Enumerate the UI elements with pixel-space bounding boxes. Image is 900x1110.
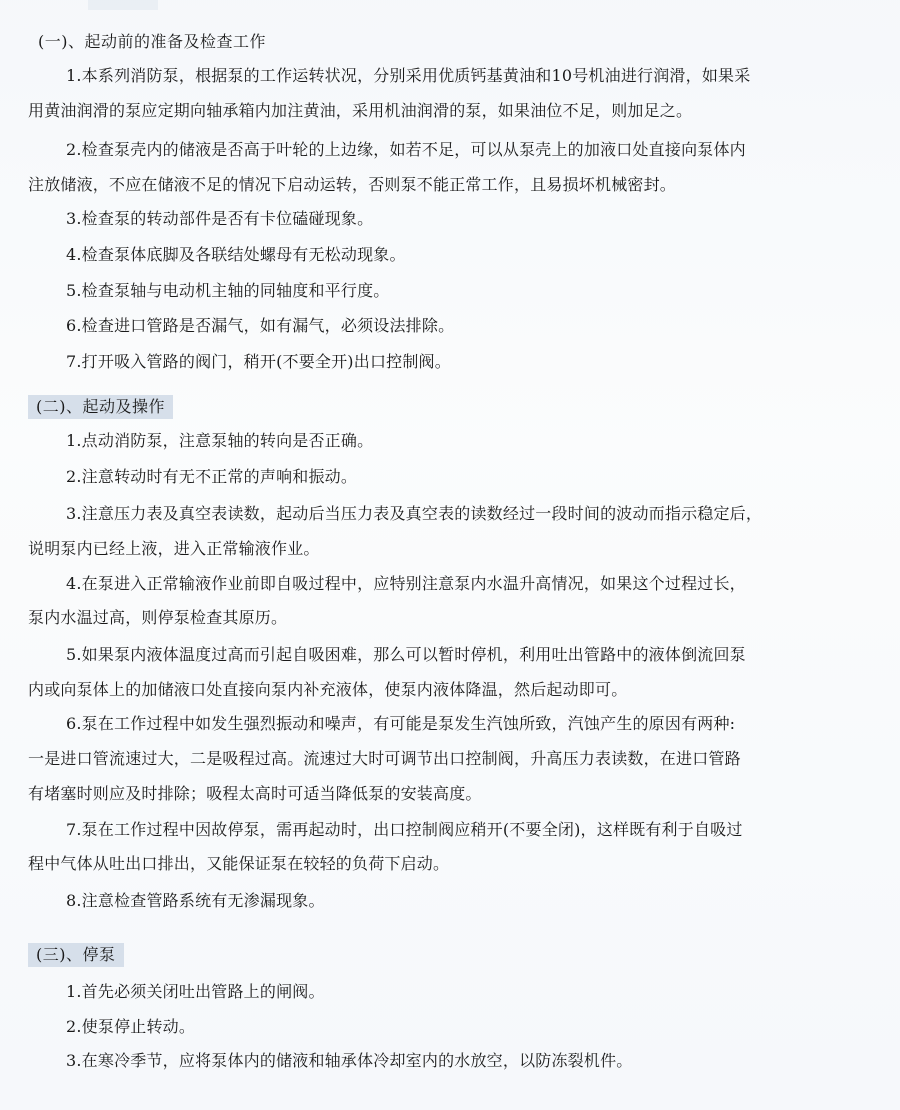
paragraph-line: 一是进口管流速过大，二是吸程过高。流速过大时可调节出口控制阀，升高压力表读数，在… xyxy=(28,748,741,770)
paragraph-line: 内或向泵体上的加储液口处直接向泵内补充液体，使泵内液体降温，然后起动即可。 xyxy=(28,679,627,701)
paragraph-line: 6.检查进口管路是否漏气，如有漏气，必须设法排除。 xyxy=(66,315,454,337)
faint-page-header xyxy=(88,0,158,10)
document-page: (一)、起动前的准备及检查工作 1.本系列消防泵，根据泵的工作运转状况，分别采用… xyxy=(0,0,900,1110)
paragraph-line: 2.检查泵壳内的储液是否高于叶轮的上边缘，如若不足，可以从泵壳上的加液口处直接向… xyxy=(66,139,746,161)
paragraph-line: 5.如果泵内液体温度过高而引起自吸困难，那么可以暂时停机，利用吐出管路中的液体倒… xyxy=(66,644,746,666)
paragraph-line: 说明泵内已经上液，进入正常输液作业。 xyxy=(28,538,320,560)
paragraph-line: 5.检查泵轴与电动机主轴的同轴度和平行度。 xyxy=(66,280,389,302)
paragraph-line: 程中气体从吐出口排出，又能保证泵在较轻的负荷下启动。 xyxy=(28,853,449,875)
paragraph-line: 7.打开吸入管路的阀门，稍开(不要全开)出口控制阀。 xyxy=(66,351,451,373)
paragraph-line: 7.泵在工作过程中因故停泵，需再起动时，出口控制阀应稍开(不要全闭)，这样既有利… xyxy=(66,819,743,841)
paragraph-line: 6.泵在工作过程中如发生强烈振动和噪声，有可能是泵发生汽蚀所致，汽蚀产生的原因有… xyxy=(66,713,735,735)
paragraph-line: 1.首先必须关闭吐出管路上的闸阀。 xyxy=(66,981,325,1003)
paragraph-line: 3.在寒冷季节，应将泵体内的储液和轴承体冷却室内的水放空，以防冻裂机件。 xyxy=(66,1050,632,1072)
paragraph-line: 3.检查泵的转动部件是否有卡位磕碰现象。 xyxy=(66,208,373,230)
paragraph-line: 1.点动消防泵，注意泵轴的转向是否正确。 xyxy=(66,430,373,452)
paragraph-line: 2.使泵停止转动。 xyxy=(66,1016,195,1038)
paragraph-line: 1.本系列消防泵，根据泵的工作运转状况，分别采用优质钙基黄油和10号机油进行润滑… xyxy=(66,65,750,87)
paragraph-line: 用黄油润滑的泵应定期向轴承箱内加注黄油，采用机油润滑的泵，如果油位不足，则加足之… xyxy=(28,100,692,122)
paragraph-line: 4.检查泵体底脚及各联结处螺母有无松动现象。 xyxy=(66,244,406,266)
section-heading-operation: (二)、起动及操作 xyxy=(28,395,173,419)
paragraph-line: 3.注意压力表及真空表读数，起动后当压力表及真空表的读数经过一段时间的波动而指示… xyxy=(66,503,762,525)
paragraph-line: 2.注意转动时有无不正常的声响和振动。 xyxy=(66,466,357,488)
section-heading-shutdown: (三)、停泵 xyxy=(28,943,124,967)
paragraph-line: 4.在泵进入正常输液作业前即自吸过程中，应特别注意泵内水温升高情况，如果这个过程… xyxy=(66,573,746,595)
paragraph-line: 8.注意检查管路系统有无渗漏现象。 xyxy=(66,890,325,912)
paragraph-line: 有堵塞时则应及时排除；吸程太高时可适当降低泵的安装高度。 xyxy=(28,783,482,805)
paragraph-line: 注放储液，不应在储液不足的情况下启动运转，否则泵不能正常工作，且易损坏机械密封。 xyxy=(28,174,676,196)
section-heading-preparation: (一)、起动前的准备及检查工作 xyxy=(28,30,274,54)
paragraph-line: 泵内水温过高，则停泵检查其原历。 xyxy=(28,607,287,629)
